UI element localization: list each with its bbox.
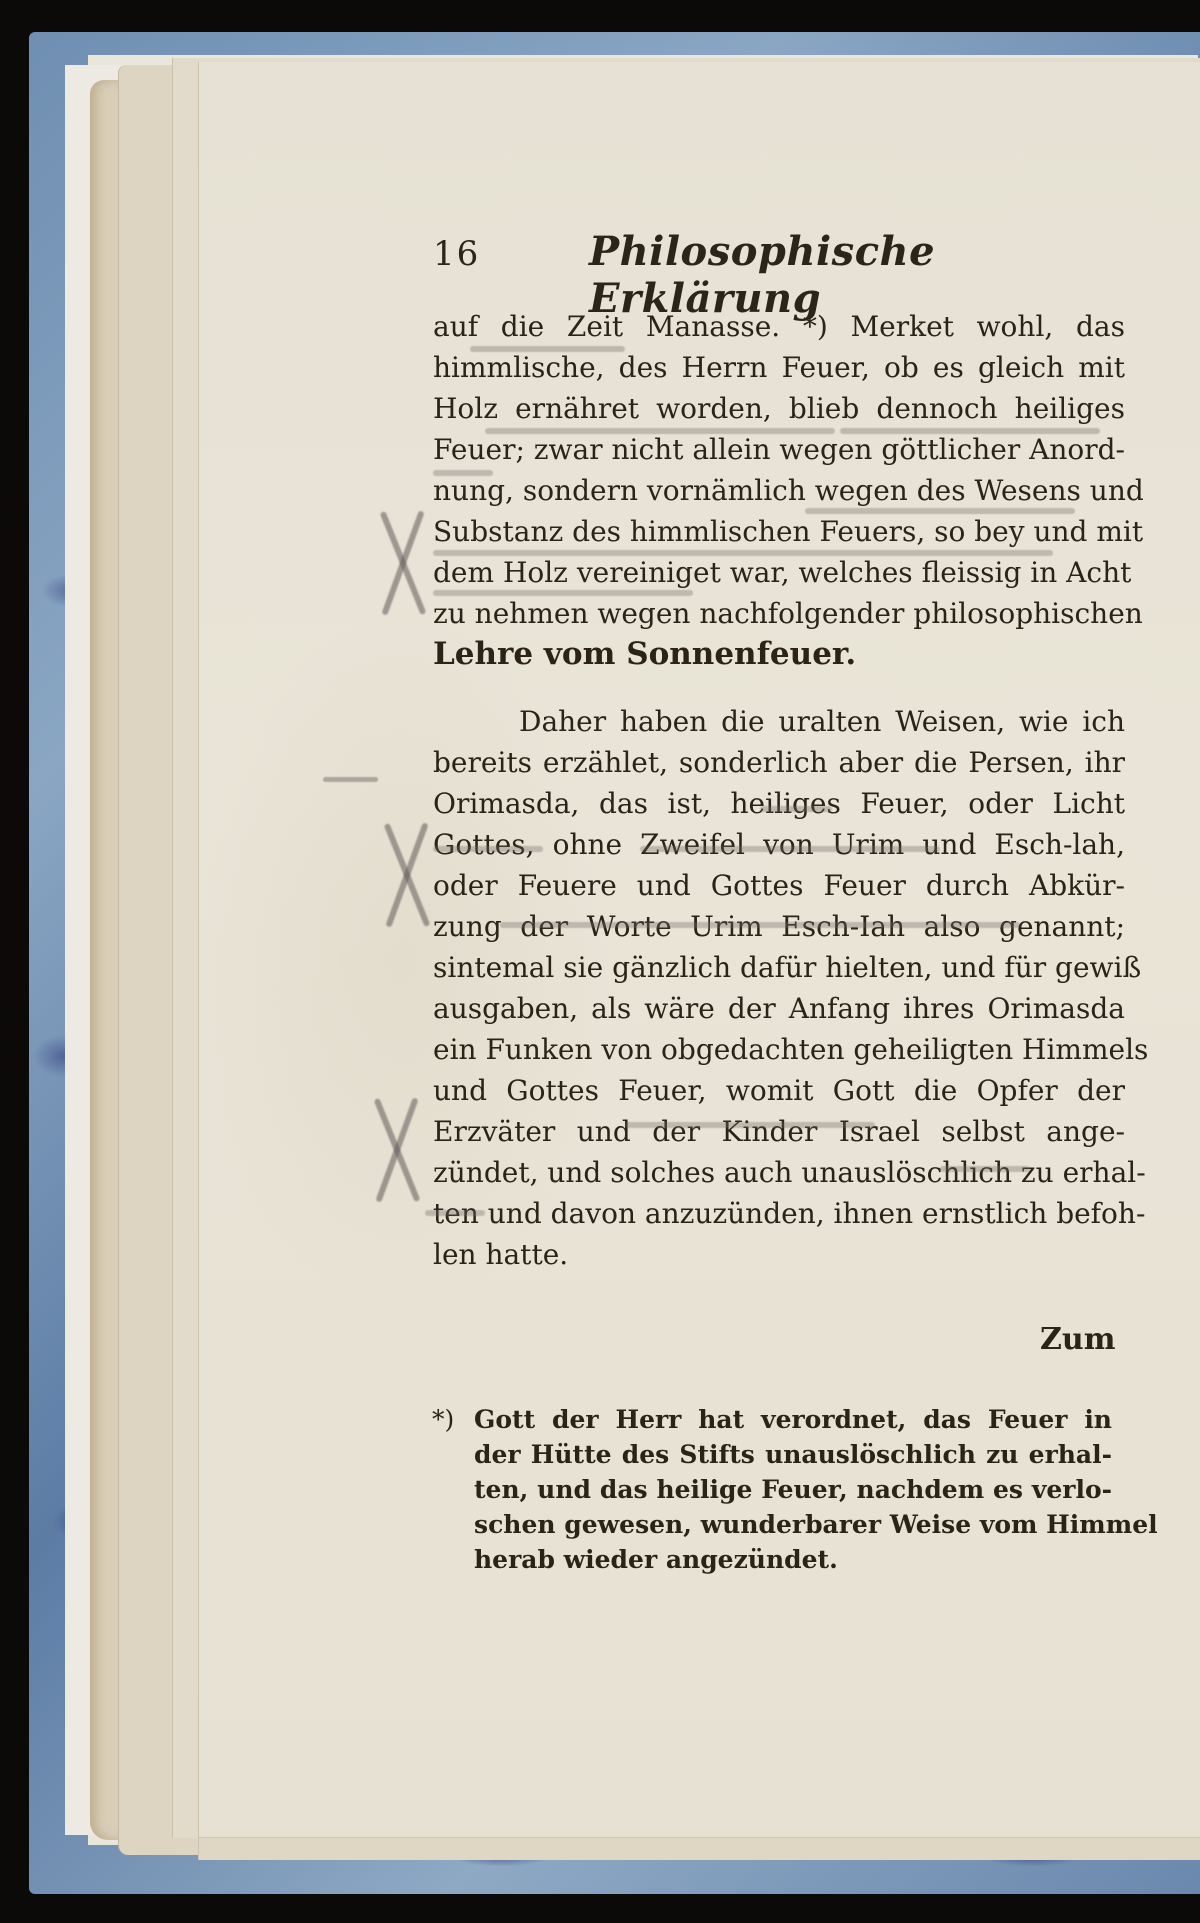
- pencil-underline: [433, 550, 1053, 556]
- text-line: zündet, und solches auch unauslöschlich …: [433, 1152, 1125, 1193]
- pencil-underline: [485, 428, 835, 434]
- text-line: Gottes, ohne Zweifel von Urim und Esch-l…: [433, 824, 1125, 865]
- text-line: auf die Zeit Manasse. *) Merket wohl, da…: [433, 306, 1125, 347]
- text-line: Daher haben die uralten Weisen, wie ich: [433, 701, 1125, 742]
- text-line: und Gottes Feuer, womit Gott die Opfer d…: [433, 1070, 1125, 1111]
- text-line: nung, sondern vornämlich wegen des Wesen…: [433, 470, 1125, 511]
- text-line: Orimasda, das ist, heiliges Feuer, oder …: [433, 783, 1125, 824]
- footnote-line: herab wieder angezündet.: [474, 1542, 1112, 1577]
- text-line: Substanz des himmlischen Feuers, so bey …: [433, 511, 1125, 552]
- text-line: Erzväter und der Kinder Israel selbst an…: [433, 1111, 1125, 1152]
- pencil-underline: [500, 922, 1020, 928]
- text-line: Holz ernähret worden, blieb dennoch heil…: [433, 388, 1125, 429]
- footnote-line: schen gewesen, wunderbarer Weise vom Him…: [474, 1507, 1112, 1542]
- pencil-underline: [625, 1122, 875, 1128]
- pencil-x-mark: [372, 820, 442, 950]
- footnote-line: ten, und das heilige Feuer, nachdem es v…: [474, 1472, 1112, 1507]
- text-line: dem Holz vereiniget war, welches fleissi…: [433, 552, 1125, 593]
- pencil-underline: [470, 346, 625, 352]
- text-line: oder Feuere und Gottes Feuer durch Abkür…: [433, 865, 1125, 906]
- pencil-underline: [805, 508, 1075, 514]
- pencil-dash-mark: [323, 777, 378, 782]
- catchword: Zum: [1040, 1322, 1115, 1357]
- text-line: ten und davon anzuzünden, ihnen ernstlic…: [433, 1193, 1125, 1234]
- footnote-line: Gott der Herr hat verordnet, das Feuer i…: [474, 1402, 1112, 1437]
- text-line: himmlische, des Herrn Feuer, ob es gleic…: [433, 347, 1125, 388]
- pencil-underline: [433, 470, 493, 476]
- text-line: sintemal sie gänzlich dafür hielten, und…: [433, 947, 1125, 988]
- pencil-underline: [433, 590, 693, 596]
- text-line: ausgaben, als wäre der Anfang ihres Orim…: [433, 988, 1125, 1029]
- pencil-underline: [760, 806, 832, 812]
- text-line: zu nehmen wegen nachfolgender philosophi…: [433, 593, 1125, 634]
- text-line: Lehre vom Sonnenfeuer.: [433, 634, 1125, 675]
- pencil-underline: [425, 1210, 485, 1216]
- page-number: 16: [433, 234, 480, 274]
- page-header: 16 Philosophische Erklärung: [433, 228, 1033, 284]
- body-text: auf die Zeit Manasse. *) Merket wohl, da…: [433, 306, 1125, 1275]
- text-line: len hatte.: [433, 1234, 1125, 1275]
- pencil-underline: [640, 846, 940, 852]
- footnote: *) Gott der Herr hat verordnet, das Feue…: [452, 1402, 1112, 1577]
- paragraph-gap: [433, 675, 1125, 701]
- text-line: ein Funken von obgedachten geheiligten H…: [433, 1029, 1125, 1070]
- footnote-marker: *): [432, 1402, 454, 1437]
- pencil-x-mark: [362, 1095, 432, 1205]
- text-line: bereits erzählet, sonderlich aber die Pe…: [433, 742, 1125, 783]
- pencil-underline: [433, 846, 543, 852]
- pencil-x-mark: [368, 508, 438, 618]
- footnote-line: der Hütte des Stifts unauslöschlich zu e…: [474, 1437, 1112, 1472]
- pencil-underline: [840, 428, 1100, 434]
- pencil-underline: [940, 1166, 1030, 1172]
- text-line: Feuer; zwar nicht allein wegen göttliche…: [433, 429, 1125, 470]
